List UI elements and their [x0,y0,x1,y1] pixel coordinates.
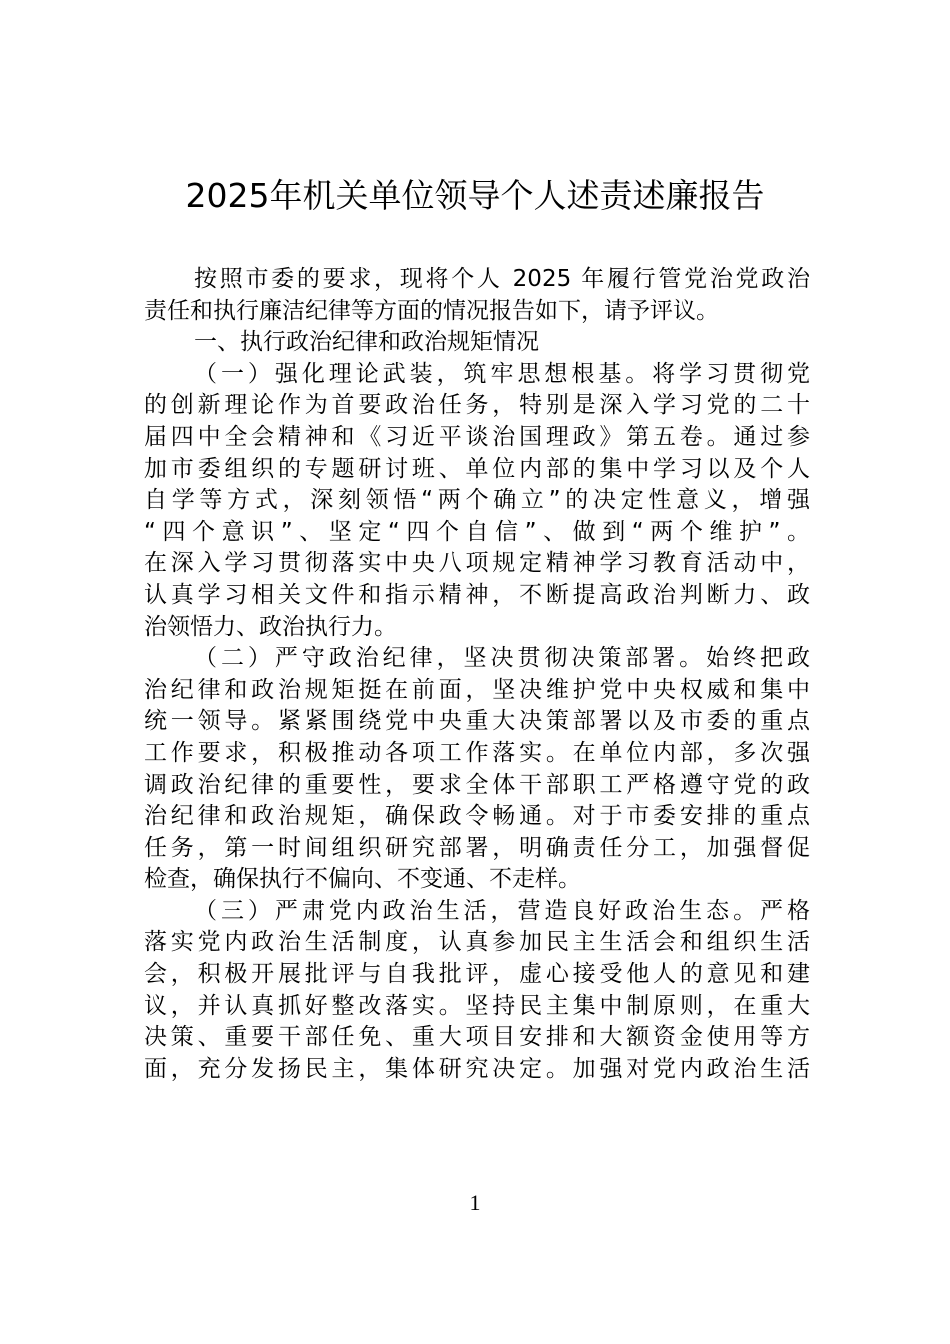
text-line: “四个意识”、坚定“四个自信”、做到“两个维护”。 [144,517,810,549]
text-line: 统一领导。紧紧围绕党中央重大决策部署以及市委的重点 [144,706,810,738]
text-line: （二）严守政治纪律，坚决贯彻决策部署。始终把政 [144,643,810,675]
text-line: 工作要求，积极推动各项工作落实。在单位内部，多次强 [144,738,810,770]
text-line: 按照市委的要求，现将个人 2025 年履行管党治党政治 [144,264,810,296]
text-line: （三）严肃党内政治生活，营造良好政治生态。严格 [144,896,810,928]
page-number: 1 [0,1188,950,1218]
document-body: 按照市委的要求，现将个人 2025 年履行管党治党政治责任和执行廉洁纪律等方面的… [144,264,810,1085]
text-line: 面，充分发扬民主，集体研究决定。加强对党内政治生活 [144,1054,810,1086]
document-title: 2025年机关单位领导个人述责述廉报告 [0,172,950,220]
text-line: 议，并认真抓好整改落实。坚持民主集中制原则，在重大 [144,991,810,1023]
text-line: 治纪律和政治规矩，确保政令畅通。对于市委安排的重点 [144,801,810,833]
text-line: 调政治纪律的重要性，要求全体干部职工严格遵守党的政 [144,770,810,802]
text-line: 责任和执行廉洁纪律等方面的情况报告如下，请予评议。 [144,296,810,328]
text-line: 一、执行政治纪律和政治规矩情况 [144,327,810,359]
text-line: 决策、重要干部任免、重大项目安排和大额资金使用等方 [144,1022,810,1054]
text-line: 认真学习相关文件和指示精神，不断提高政治判断力、政 [144,580,810,612]
text-line: 检查，确保执行不偏向、不变通、不走样。 [144,864,810,896]
text-line: 在深入学习贯彻落实中央八项规定精神学习教育活动中， [144,548,810,580]
text-line: 落实党内政治生活制度，认真参加民主生活会和组织生活 [144,927,810,959]
text-line: 治领悟力、政治执行力。 [144,612,810,644]
text-line: 自学等方式，深刻领悟“两个确立”的决定性意义，增强 [144,485,810,517]
text-line: 届四中全会精神和《习近平谈治国理政》第五卷。通过参 [144,422,810,454]
text-line: （一）强化理论武装，筑牢思想根基。将学习贯彻党 [144,359,810,391]
text-line: 治纪律和政治规矩挺在前面，坚决维护党中央权威和集中 [144,675,810,707]
document-page: 2025年机关单位领导个人述责述廉报告 按照市委的要求，现将个人 2025 年履… [0,0,950,1344]
text-line: 会，积极开展批评与自我批评，虚心接受他人的意见和建 [144,959,810,991]
text-line: 的创新理论作为首要政治任务，特别是深入学习党的二十 [144,390,810,422]
text-line: 加市委组织的专题研讨班、单位内部的集中学习以及个人 [144,454,810,486]
text-line: 任务，第一时间组织研究部署，明确责任分工，加强督促 [144,833,810,865]
